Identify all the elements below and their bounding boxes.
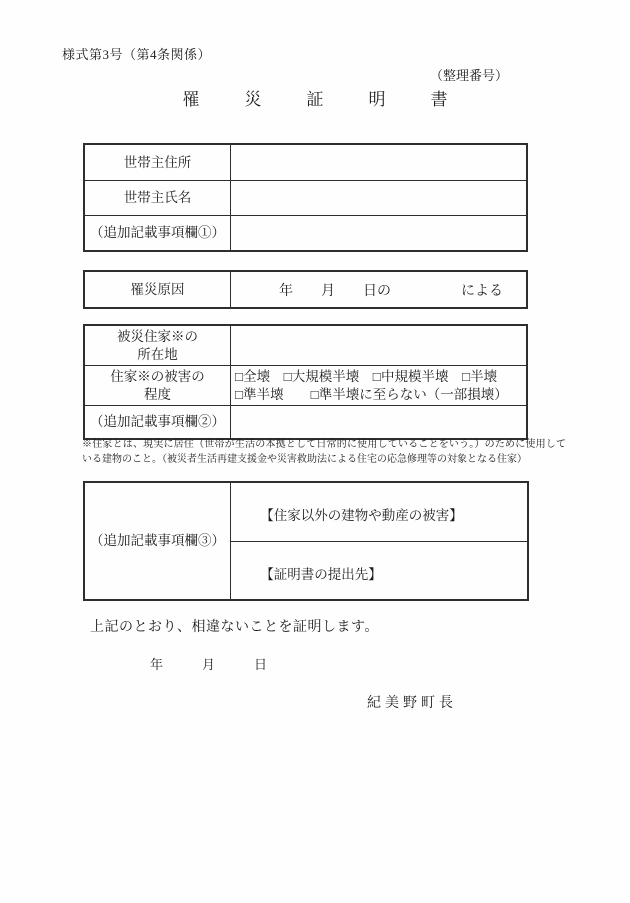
disaster-cause-field: 年 月 日の による — [230, 272, 526, 307]
household-address-label: 世帯主住所 — [85, 145, 230, 180]
damage-degree-label-line2: 程度 — [144, 386, 171, 404]
damaged-house-location-label-line1: 被災住家※の — [117, 328, 198, 346]
certification-statement: 上記のとおり、相違ないことを証明します。 — [90, 616, 379, 636]
certificate-destination-section: 【証明書の提出先】 — [230, 541, 527, 599]
damage-table: 被災住家※の 所在地 住家※の被害の 程度 □全壊 □大規模半壊 □中規模半壊 … — [83, 324, 528, 440]
page-title: 罹 災 証 明 書 — [0, 85, 630, 110]
damage-degree-label-line1: 住家※の被害の — [110, 368, 205, 386]
form-number: 様式第3号（第4条関係） — [62, 44, 211, 63]
damaged-house-location-label: 被災住家※の 所在地 — [85, 326, 230, 365]
damage-degree-label: 住家※の被害の 程度 — [85, 365, 230, 405]
damage-degree-checkboxes-row1: □全壊 □大規模半壊 □中規模半壊 □半壊 — [235, 368, 526, 386]
disaster-cause-table: 罹災原因 年 月 日の による — [83, 270, 528, 309]
damage-degree-options: □全壊 □大規模半壊 □中規模半壊 □半壊 □準半壊 □準半壊に至らない（一部損… — [230, 365, 526, 405]
household-name-label: 世帯主氏名 — [85, 180, 230, 215]
additional-entry1-label: （追加記載事項欄①） — [85, 215, 230, 250]
damaged-house-location-label-line2: 所在地 — [137, 346, 178, 364]
damaged-house-location-field — [230, 326, 526, 365]
additional-entry2-field — [230, 405, 526, 438]
disaster-certificate-page: 様式第3号（第4条関係） （整理番号） 罹 災 証 明 書 世帯主住所 世帯主氏… — [0, 0, 630, 903]
issuer-name: 紀美野町長 — [367, 692, 457, 712]
reference-number-label: （整理番号） — [430, 65, 508, 84]
additional-entry3-table: （追加記載事項欄③） 【住家以外の建物や動産の被害】 【証明書の提出先】 — [83, 481, 529, 601]
household-table: 世帯主住所 世帯主氏名 （追加記載事項欄①） — [83, 143, 528, 252]
non-housing-damage-section: 【住家以外の建物や動産の被害】 — [230, 483, 527, 541]
non-housing-damage-title: 【住家以外の建物や動産の被害】 — [260, 508, 463, 523]
additional-entry3-label: （追加記載事項欄③） — [85, 483, 230, 599]
certificate-destination-title: 【証明書の提出先】 — [260, 567, 382, 582]
household-address-field — [230, 145, 526, 180]
issue-date-line: 年 月 日 — [150, 654, 267, 673]
housing-definition-note: ※住家とは、現実に居住（世帯が生活の本拠として日常的に使用していることをいう。）… — [82, 437, 566, 467]
disaster-cause-label: 罹災原因 — [85, 272, 230, 307]
household-name-field — [230, 180, 526, 215]
additional-entry2-label: （追加記載事項欄②） — [85, 405, 230, 438]
additional-entry1-field — [230, 215, 526, 250]
damage-degree-checkboxes-row2: □準半壊 □準半壊に至らない（一部損壊） — [235, 386, 526, 404]
